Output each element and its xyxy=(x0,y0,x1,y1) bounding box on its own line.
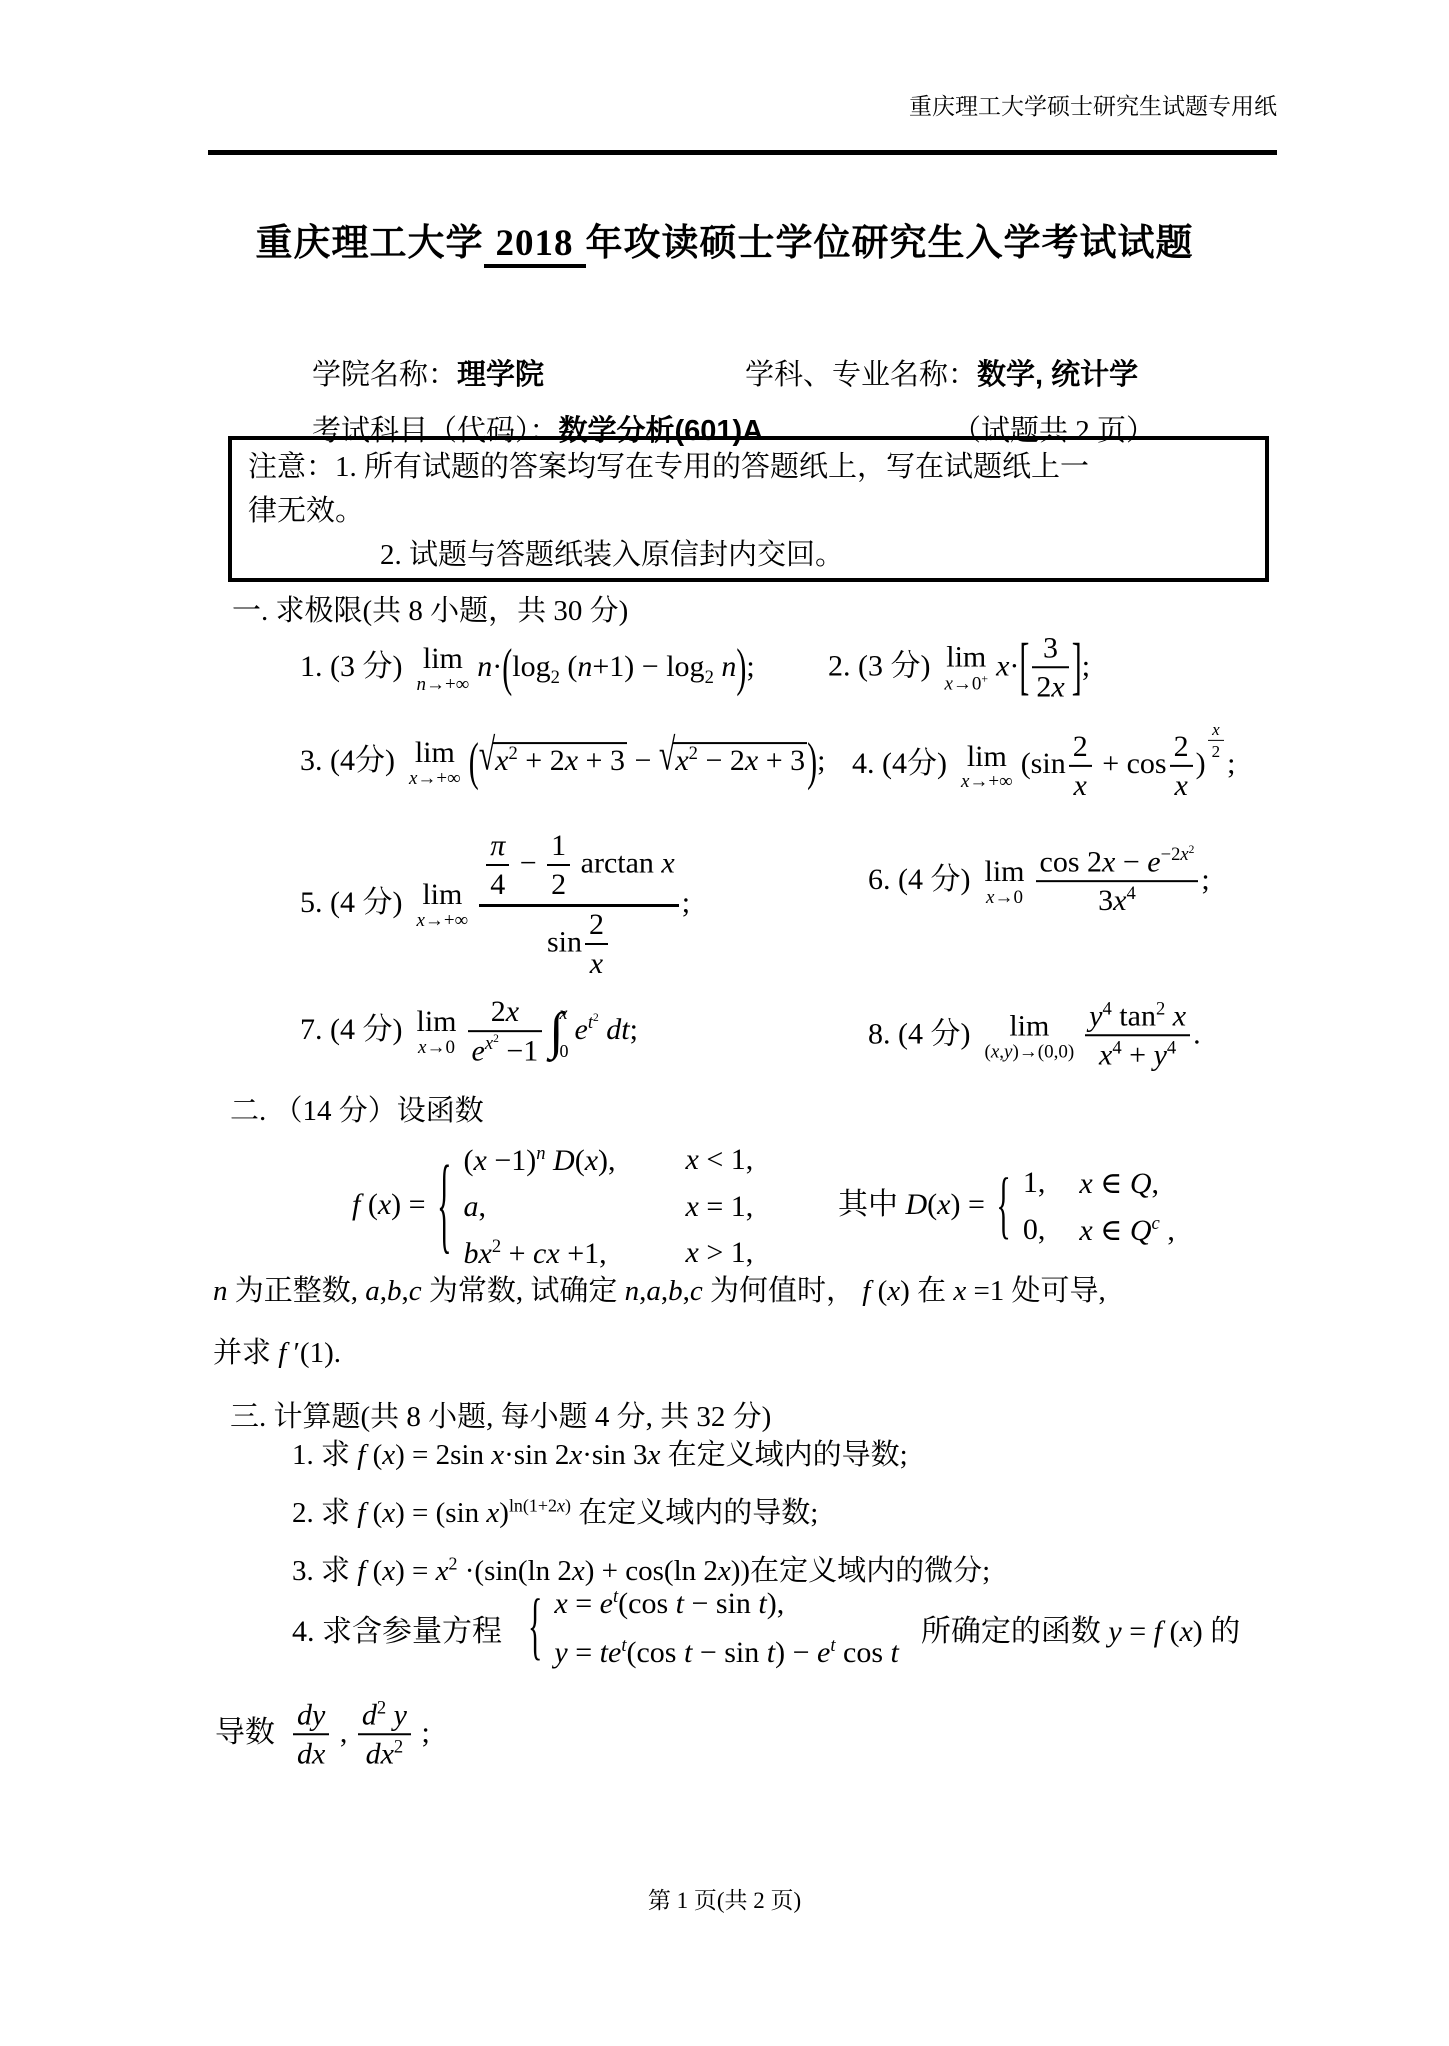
calc-item-4-cases: {x = et(cos t − sin t),y = tet(cos t − s… xyxy=(524,1586,899,1670)
problem-4-formula: limx→+∞(sin2x + cos2x)x2; xyxy=(959,747,1235,780)
problem-8-label: 8. (4 分) xyxy=(868,1017,970,1050)
piecewise-d: 其中 D(x) = {1,x ∈ Q,0,x ∈ Qc , xyxy=(838,1166,1175,1248)
section-2-para-1: n 为正整数, a,b,c 为常数, 试确定 n,a,b,c 为何值时， f (… xyxy=(213,1268,1106,1309)
calc-item-1: 1. 求 f (x) = 2sin x·sin 2x·sin 3x 在定义域内的… xyxy=(292,1432,908,1473)
problem-1-formula: limn→+∞n·(log2 (n+1) − log2 n); xyxy=(414,650,754,683)
header-note: 重庆理工大学硕士研究生试题专用纸 xyxy=(909,88,1277,121)
calc-item-4-tail: 所确定的函数 y = f (x) 的 xyxy=(921,1606,1240,1650)
section-2-heading: 二. （14 分）设函数 xyxy=(230,1088,484,1129)
section-1-heading: 一. 求极限(共 8 小题，共 30 分) xyxy=(232,588,628,629)
problem-3-formula: limx→+∞(√x2 + 2x + 3 − √x2 − 2x + 3); xyxy=(407,744,826,777)
section-3-heading: 三. 计算题(共 8 小题, 每小题 4 分, 共 32 分) xyxy=(230,1394,771,1435)
calc-item-4: 4. 求含参量方程 {x = et(cos t − sin t),y = tet… xyxy=(292,1586,1240,1670)
notice-line-2: 律无效。 xyxy=(248,489,1249,533)
calc-item-3: 3. 求 f (x) = x2 ·(sin(ln 2x) + cos(ln 2x… xyxy=(292,1548,990,1589)
problem-5-label: 5. (4 分) xyxy=(300,886,402,919)
problem-8: 8. (4 分)lim(x,y)→(0,0)y4 tan2 xx4 + y4. xyxy=(868,998,1201,1074)
problem-6-formula: limx→0cos 2x − e−2x23x4; xyxy=(982,863,1209,896)
problem-8-formula: lim(x,y)→(0,0)y4 tan2 xx4 + y4. xyxy=(982,1017,1200,1050)
problem-7-label: 7. (4 分) xyxy=(300,1013,402,1046)
title-pre: 重庆理工大学 xyxy=(256,222,484,263)
problem-5-formula: limx→+∞π4 − 12 arctan xsin2x; xyxy=(414,886,690,919)
page-title: 重庆理工大学2018年攻读硕士学位研究生入学考试试题 xyxy=(0,212,1449,266)
major-value: 数学, 统计学 xyxy=(977,359,1138,391)
problem-3-label: 3. (4分) xyxy=(300,744,395,777)
problem-7: 7. (4 分)limx→02xex2 −1∫x0et2 dt; xyxy=(300,994,638,1070)
page-footer: 第 1 页(共 2 页) xyxy=(0,1882,1449,1915)
exam-paper-page: 重庆理工大学硕士研究生试题专用纸 重庆理工大学2018年攻读硕士学位研究生入学考… xyxy=(0,0,1449,2046)
notice-line-3: 2. 试题与答题纸装入原信封内交回。 xyxy=(248,533,1249,577)
problem-1-label: 1. (3 分) xyxy=(300,650,402,683)
title-year: 2018 xyxy=(484,223,586,268)
info-college: 学院名称：理学院 xyxy=(312,352,544,393)
major-label: 学科、专业名称： xyxy=(745,359,977,391)
problem-5: 5. (4 分)limx→+∞π4 − 12 arctan xsin2x; xyxy=(300,828,690,982)
problem-7-formula: limx→02xex2 −1∫x0et2 dt; xyxy=(414,1013,638,1046)
problem-2-label: 2. (3 分) xyxy=(828,649,930,682)
notice-line-1: 注意：1. 所有试题的答案均写在专用的答题纸上，写在试题纸上一 xyxy=(248,445,1249,489)
section-2-para-2: 并求 f ′(1). xyxy=(213,1330,341,1371)
notice-box: 注意：1. 所有试题的答案均写在专用的答题纸上，写在试题纸上一 律无效。 2. … xyxy=(228,436,1269,582)
header-divider xyxy=(208,150,1277,155)
problem-4: 4. (4分)limx→+∞(sin2x + cos2x)x2; xyxy=(852,720,1235,804)
problem-4-label: 4. (4分) xyxy=(852,747,947,780)
calc-item-2: 2. 求 f (x) = (sin x)ln(1+2x) 在定义域内的导数; xyxy=(292,1490,818,1531)
problem-6-label: 6. (4 分) xyxy=(868,863,970,896)
piecewise-f: f (x) = {(x −1)n D(x),x < 1,a,x = 1,bx2 … xyxy=(352,1143,753,1271)
problem-1: 1. (3 分)limn→+∞n·(log2 (n+1) − log2 n); xyxy=(300,641,755,695)
info-major: 学科、专业名称：数学, 统计学 xyxy=(745,352,1138,393)
college-label: 学院名称： xyxy=(312,359,457,391)
problem-2-formula: limx→0+x·[32x]; xyxy=(942,649,1090,682)
calc-item-4-lead: 4. 求含参量方程 xyxy=(292,1606,502,1650)
title-post: 年攻读硕士学位研究生入学考试试题 xyxy=(586,222,1194,263)
derivative-line: 导数 dydx , d2 ydx2 ; xyxy=(215,1697,430,1773)
problem-2: 2. (3 分)limx→0+x·[32x]; xyxy=(828,630,1090,706)
problem-6: 6. (4 分)limx→0cos 2x − e−2x23x4; xyxy=(868,844,1210,920)
problem-3: 3. (4分)limx→+∞(√x2 + 2x + 3 − √x2 − 2x +… xyxy=(300,735,825,789)
college-value: 理学院 xyxy=(457,359,544,391)
